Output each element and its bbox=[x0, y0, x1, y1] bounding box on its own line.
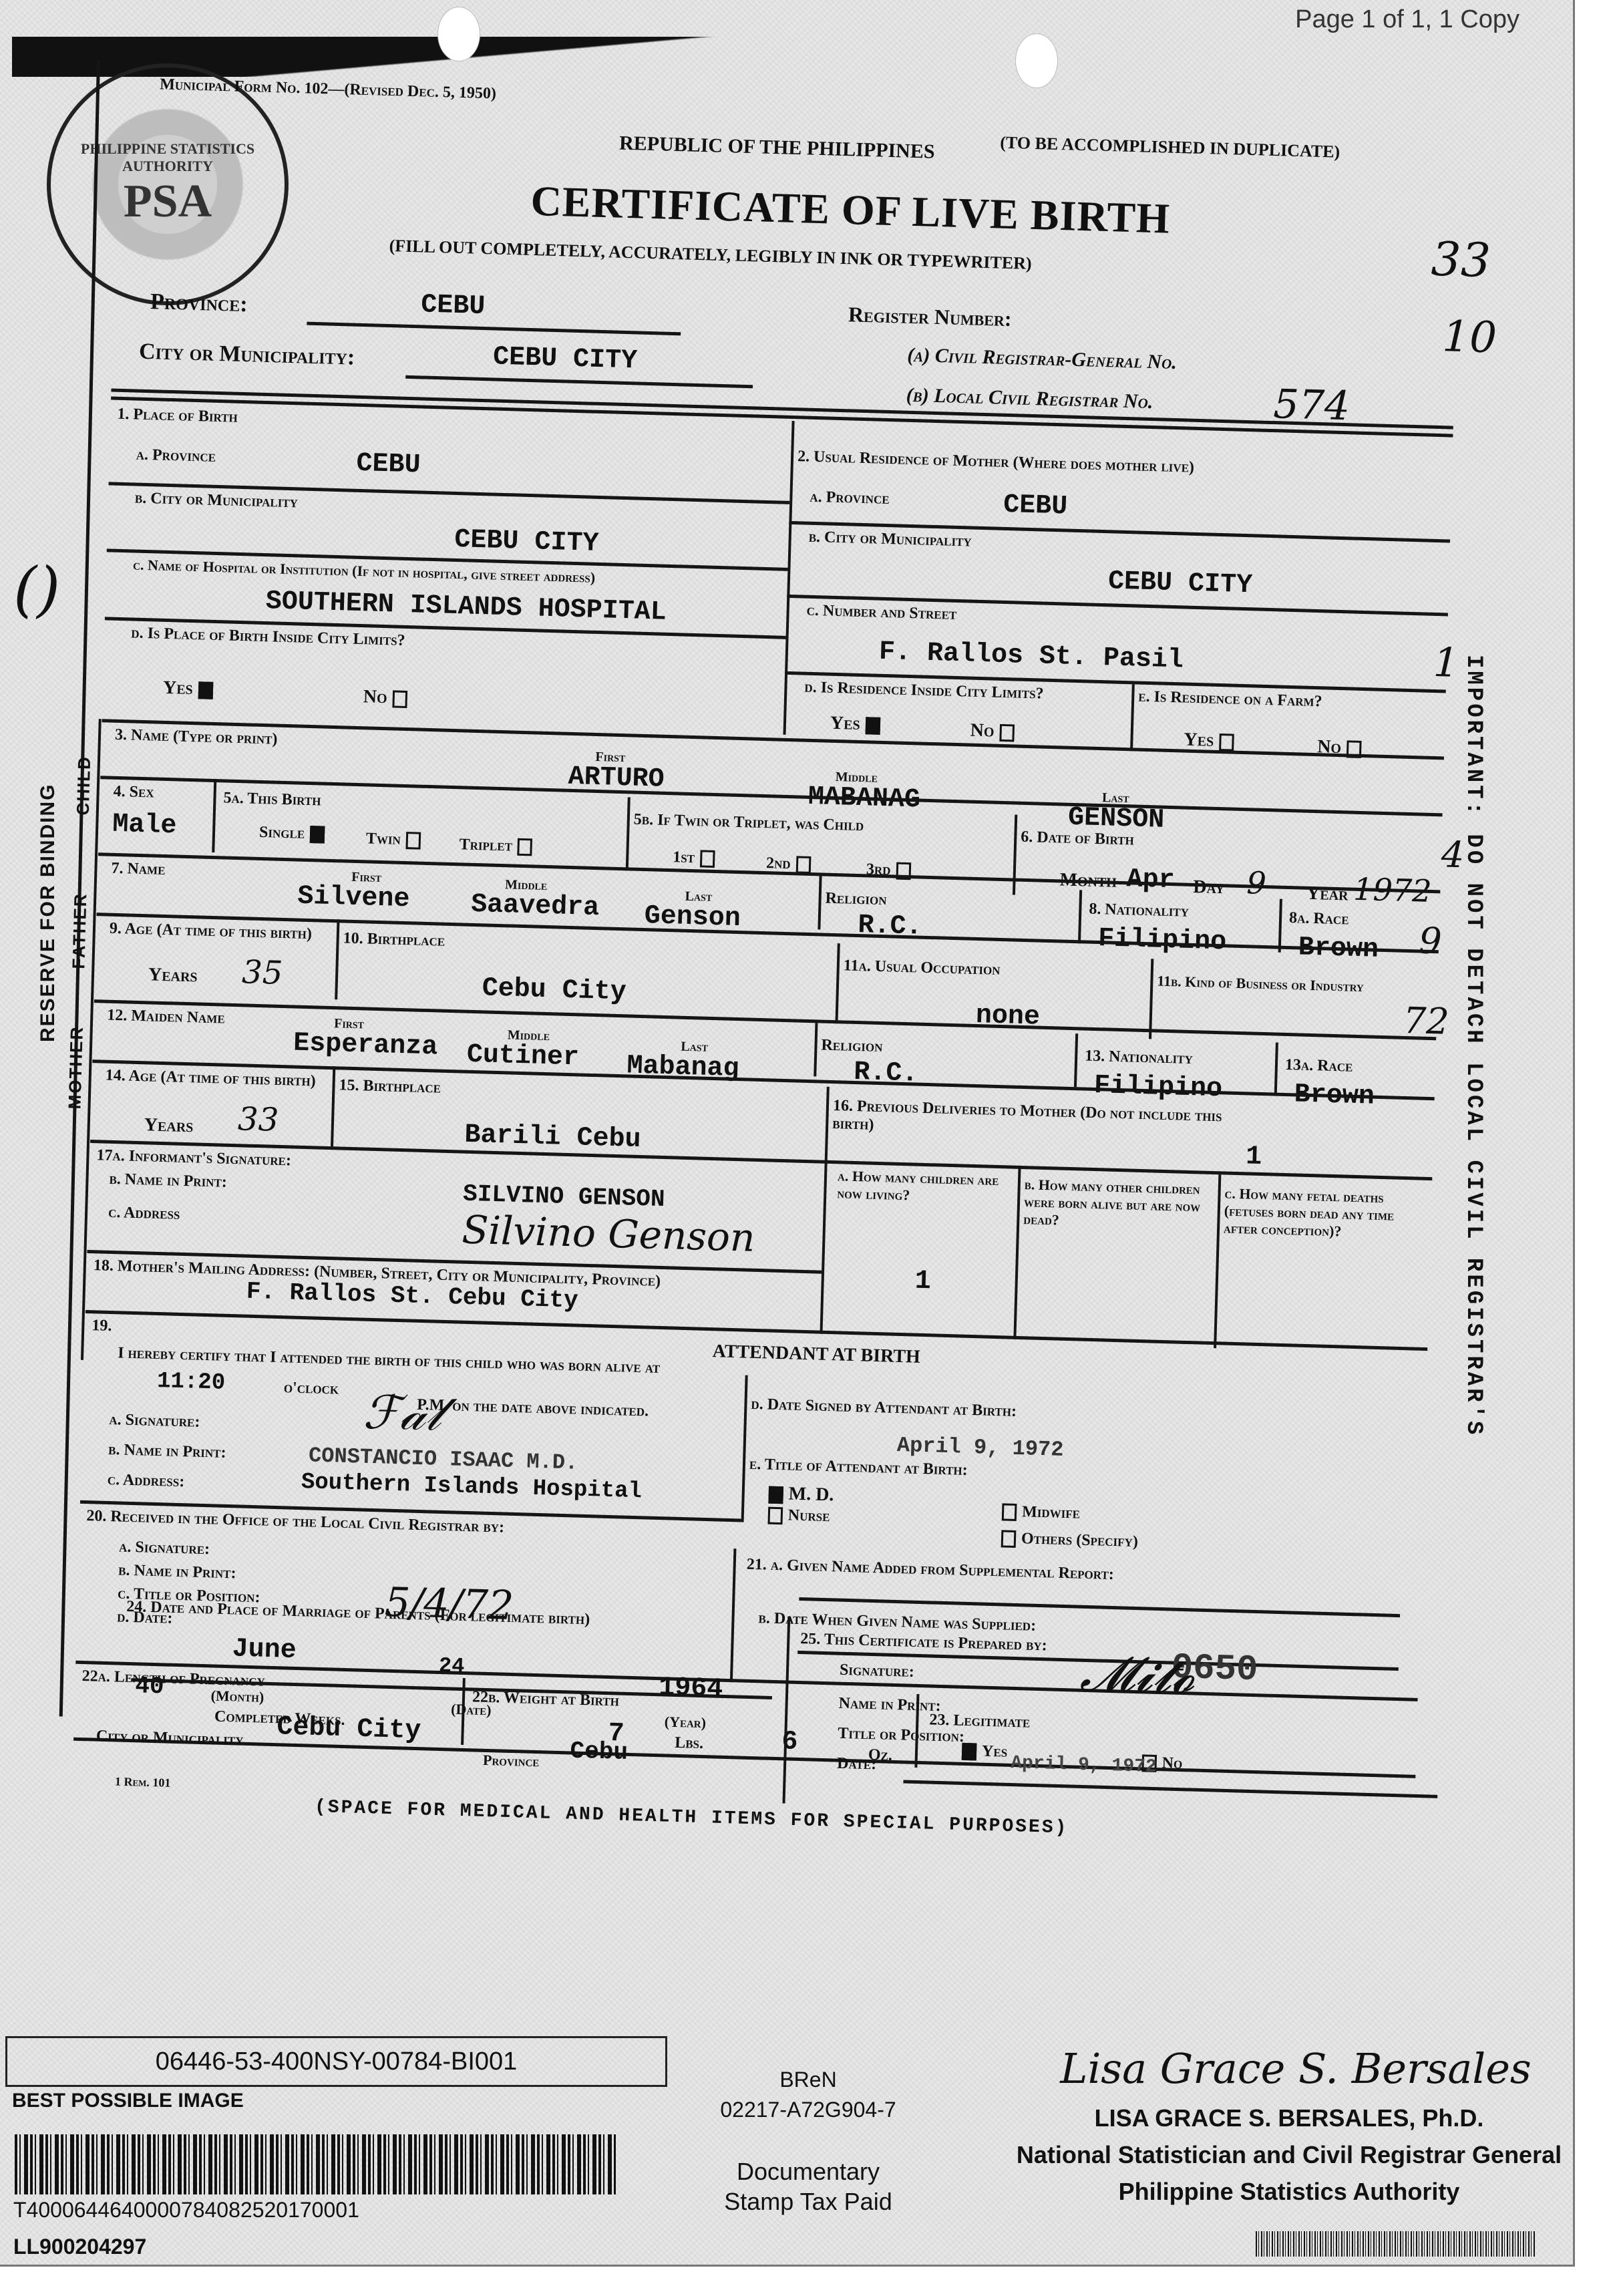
pob-hospital-value: SOUTHERN ISLANDS HOSPITAL bbox=[265, 587, 667, 628]
attendant-time-suffix: P.M. on the date above indicated. bbox=[417, 1396, 649, 1421]
serial-number: LL900204297 bbox=[13, 2235, 146, 2259]
handwritten-page-number: 33 bbox=[1431, 232, 1491, 288]
bren-value: 02217-A72G904-7 bbox=[668, 2098, 948, 2122]
mother-age-label: 14. Age (At time of this birth) bbox=[105, 1067, 316, 1091]
document-code-box: 06446-53-400NSY-00784-BI001 bbox=[5, 2036, 667, 2087]
res-on-farm-label: e. Is Residence on a Farm? bbox=[1138, 688, 1322, 711]
mother-born-alive-dead-label: b. How many other children were born ali… bbox=[1023, 1176, 1212, 1233]
father-occupation-label: 11a. Usual Occupation bbox=[843, 957, 1000, 979]
child-sex-label: 4. Sex bbox=[113, 783, 154, 802]
father-birthplace-label: 10. Birthplace bbox=[343, 930, 445, 951]
checkbox-yes[interactable] bbox=[1219, 733, 1234, 752]
marriage-day-value: 24 bbox=[439, 1653, 465, 1679]
checkbox-no[interactable] bbox=[999, 723, 1015, 742]
mother-fetal-deaths-label: c. How many fetal deaths (fetuses born d… bbox=[1224, 1185, 1412, 1243]
marriage-city-value: Cebu City bbox=[277, 1712, 421, 1746]
stamp-tax-line1: Documentary bbox=[668, 2158, 948, 2186]
mother-birthplace-label: 15. Birthplace bbox=[339, 1076, 441, 1097]
father-margin-mark-a: 9 bbox=[1418, 919, 1442, 962]
birth-certificate-form-lower: 24. Date and Place of Marriage of Parent… bbox=[71, 1590, 1462, 1929]
document-code: 06446-53-400NSY-00784-BI001 bbox=[156, 2047, 518, 2076]
certificate-subtitle: (FILL OUT COMPLETELY, ACCURATELY, LEGIBL… bbox=[389, 236, 1032, 274]
mother-living-label: a. How many children are now living? bbox=[837, 1167, 1011, 1206]
child-type-twin[interactable]: Twin bbox=[366, 830, 421, 850]
certificate-sheet: Page 1 of 1, 1 Copy PHILIPPINE STATISTIC… bbox=[0, 0, 1575, 2267]
child-dob-day-label: Day bbox=[1193, 876, 1225, 898]
child-type-label: 5a. This Birth bbox=[223, 789, 321, 810]
form-footer-code: 1 Rem. 101 bbox=[115, 1775, 171, 1790]
marriage-day-label: (Date) bbox=[451, 1701, 492, 1719]
province-label: Province: bbox=[150, 289, 248, 317]
attendant-date-signed-label: d. Date Signed by Attendant at Birth: bbox=[751, 1396, 1017, 1421]
father-first-value: Silvene bbox=[297, 882, 410, 915]
attendant-title-midwife[interactable]: Midwife bbox=[1002, 1502, 1081, 1523]
child-type-single[interactable]: Single bbox=[259, 824, 325, 844]
section-father: FATHER bbox=[68, 892, 91, 969]
signatory-signature: Lisa Grace S. Bersales bbox=[1029, 2044, 1563, 2093]
checkbox-single[interactable] bbox=[310, 826, 325, 844]
registrar-signature-label: a. Signature: bbox=[119, 1538, 210, 1559]
signatory-title: National Statistician and Civil Registra… bbox=[1002, 2141, 1576, 2169]
detach-notice: IMPORTANT: DO NOT DETACH LOCAL CIVIL REG… bbox=[1461, 655, 1486, 1437]
mother-age-value: 33 bbox=[237, 1100, 279, 1139]
checkbox-no[interactable] bbox=[392, 690, 407, 708]
father-middle-value: Saavedra bbox=[471, 890, 600, 923]
res-street-value: F. Rallos St. Pasil bbox=[878, 637, 1184, 676]
father-business-label: 11b. Kind of Business or Industry bbox=[1157, 973, 1364, 996]
child-order-label: 5b. If Twin or Triplet, was Child bbox=[633, 811, 864, 836]
section-mother: MOTHER bbox=[64, 1025, 87, 1109]
res-farm-yes[interactable]: Yes bbox=[1184, 729, 1234, 752]
signatory-name: LISA GRACE S. BERSALES, Ph.D. bbox=[1015, 2104, 1563, 2132]
father-race-label: 8a. Race bbox=[1289, 909, 1349, 929]
child-dob-label: 6. Date of Birth bbox=[1021, 828, 1134, 850]
attendant-signature-label: a. Signature: bbox=[109, 1411, 200, 1432]
child-dob-month-value: Apr bbox=[1126, 864, 1175, 896]
res-inside-yes[interactable]: Yes bbox=[830, 713, 881, 735]
page-indicator: Page 1 of 1, 1 Copy bbox=[1295, 5, 1519, 34]
attendant-title-others[interactable]: Others (Specify) bbox=[1001, 1529, 1139, 1551]
prepared-signature-label: Signature: bbox=[840, 1661, 914, 1681]
pob-inside-city-yes[interactable]: Yes bbox=[163, 677, 214, 700]
res-inside-city-label: d. Is Residence Inside City Limits? bbox=[804, 679, 1044, 703]
attendant-oclock: o'clock bbox=[284, 1379, 339, 1398]
prepared-by-label: 25. This Certificate is Prepared by: bbox=[800, 1630, 1047, 1655]
marriage-month-value: June bbox=[232, 1634, 297, 1666]
res-margin-mark: 1 bbox=[1433, 639, 1459, 687]
section-child: CHILD bbox=[73, 756, 95, 816]
child-name-label: 3. Name (Type or print) bbox=[115, 726, 278, 749]
margin-handwritten-mark: () bbox=[13, 554, 60, 625]
father-religion-label: Religion bbox=[825, 890, 887, 910]
marriage-province-label: Province bbox=[483, 1752, 540, 1770]
checkbox-yes[interactable] bbox=[198, 681, 213, 699]
mother-religion-label: Religion bbox=[821, 1037, 883, 1057]
stamp-tax-line2: Stamp Tax Paid bbox=[668, 2188, 948, 2216]
attendant-name-label: b. Name in Print: bbox=[108, 1441, 226, 1462]
barcode bbox=[15, 2134, 616, 2194]
marriage-year-value: 1964 bbox=[659, 1673, 723, 1705]
birth-certificate-form: Municipal Form No. 102—(Revised Dec. 5, … bbox=[33, 67, 1462, 1808]
mother-living-value: 1 bbox=[914, 1267, 931, 1297]
attendant-address-value: Southern Islands Hospital bbox=[301, 1470, 642, 1504]
informant-address-label: c. Address bbox=[108, 1204, 180, 1224]
pob-province-value: CEBU bbox=[356, 449, 421, 481]
checkbox-twin[interactable] bbox=[405, 832, 421, 850]
register-number-value: 10 bbox=[1441, 312, 1497, 363]
res-province-value: CEBU bbox=[1003, 490, 1068, 522]
child-order-1st[interactable]: 1st bbox=[673, 848, 715, 868]
mother-nationality-label: 13. Nationality bbox=[1085, 1047, 1193, 1069]
mother-first-value: Esperanza bbox=[293, 1028, 438, 1062]
security-barcode bbox=[1256, 2231, 1536, 2257]
attendant-title-nurse[interactable]: Nurse bbox=[767, 1506, 830, 1526]
mother-birthplace-value: Barili Cebu bbox=[464, 1120, 641, 1155]
prepared-name-label: Name in Print: bbox=[838, 1695, 941, 1715]
marriage-province-value: Cebu bbox=[570, 1738, 629, 1766]
prepared-signature: 𝓜𝓲𝓽𝓸 bbox=[1079, 1645, 1196, 1706]
republic-heading: REPUBLIC OF THE PHILIPPINES bbox=[619, 132, 935, 164]
mother-years-label: Years bbox=[144, 1114, 193, 1137]
punch-hole bbox=[437, 7, 480, 61]
mother-race-label: 13a. Race bbox=[1285, 1056, 1353, 1076]
attendant-time-value: 11:20 bbox=[157, 1369, 226, 1396]
child-dob-day-value: 9 bbox=[1246, 864, 1267, 901]
city-label: City or Municipality: bbox=[139, 339, 355, 371]
marriage-city-label: City or Municipality bbox=[96, 1728, 244, 1750]
attendant-date-signed-value: April 9, 1972 bbox=[896, 1433, 1064, 1462]
father-years-label: Years bbox=[148, 964, 198, 987]
pob-province-label: a. Province bbox=[136, 446, 216, 466]
prepared-date-label: Date: bbox=[837, 1755, 877, 1774]
best-possible-image-label: BEST POSSIBLE IMAGE bbox=[12, 2090, 244, 2112]
checkbox-nurse[interactable] bbox=[767, 1507, 783, 1525]
city-value: CEBU CITY bbox=[492, 342, 637, 376]
father-age-value: 35 bbox=[241, 953, 283, 992]
father-nationality-label: 8. Nationality bbox=[1089, 900, 1189, 921]
father-birthplace-value: Cebu City bbox=[482, 973, 627, 1007]
father-name-label: 7. Name bbox=[111, 860, 166, 879]
mother-name-label: 12. Maiden Name bbox=[107, 1007, 225, 1028]
child-margin-mark: 4 bbox=[1441, 833, 1465, 876]
pob-city-value: CEBU CITY bbox=[454, 525, 599, 559]
civil-registrar-general-label: (a) Civil Registrar-General No. bbox=[907, 344, 1177, 374]
local-civil-registrar-label: (b) Local Civil Registrar No. bbox=[906, 384, 1153, 414]
medical-space-note: (SPACE FOR MEDICAL AND HEALTH ITEMS FOR … bbox=[315, 1797, 1069, 1839]
attendant-address-label: c. Address: bbox=[108, 1471, 185, 1491]
checkbox-1st[interactable] bbox=[700, 850, 715, 868]
certificate-title: CERTIFICATE OF LIVE BIRTH bbox=[530, 176, 1171, 244]
checkbox-triplet[interactable] bbox=[518, 838, 533, 856]
pob-inside-city-no[interactable]: No bbox=[363, 686, 407, 709]
informant-name-label: b. Name in Print: bbox=[109, 1170, 227, 1192]
child-type-triplet[interactable]: Triplet bbox=[459, 836, 532, 856]
form-number: Municipal Form No. 102—(Revised Dec. 5, … bbox=[160, 75, 496, 103]
marriage-year-label: (Year) bbox=[664, 1713, 706, 1732]
mother-previous-deliveries-label: 16. Previous Deliveries to Mother (Do no… bbox=[832, 1097, 1247, 1144]
place-of-birth-section: 1. Place of Birth bbox=[117, 405, 238, 427]
province-value: CEBU bbox=[421, 290, 486, 322]
res-inside-no[interactable]: No bbox=[970, 720, 1015, 743]
res-city-label: b. City or Municipality bbox=[808, 528, 972, 551]
pob-city-label: b. City or Municipality bbox=[135, 490, 299, 512]
marriage-section-label: 24. Date and Place of Marriage of Parent… bbox=[126, 1598, 590, 1629]
res-city-value: CEBU CITY bbox=[1107, 566, 1252, 601]
informant-signature: Silvino Genson bbox=[462, 1207, 756, 1261]
signatory-org: Philippine Statistics Authority bbox=[1015, 2178, 1563, 2206]
pob-inside-city-label: d. Is Place of Birth Inside City Limits? bbox=[131, 624, 405, 649]
res-street-label: c. Number and Street bbox=[806, 602, 956, 624]
barcode-text: T4000644640000784082520170001 bbox=[13, 2198, 359, 2223]
child-sex-value: Male bbox=[112, 810, 177, 842]
informant-signature-label: 17a. Informant's Signature: bbox=[96, 1146, 291, 1170]
register-number-label: Register Number: bbox=[848, 302, 1013, 331]
bren-label: BReN bbox=[668, 2068, 948, 2092]
checkbox-others[interactable] bbox=[1001, 1530, 1017, 1548]
mother-middle-value: Cutiner bbox=[466, 1040, 579, 1074]
prepared-date-value: April 9, 1972 bbox=[1011, 1753, 1157, 1778]
attendant-title-md[interactable]: M. D. bbox=[768, 1483, 834, 1506]
attendant-section-number: 19. bbox=[92, 1317, 112, 1335]
checkbox-yes[interactable] bbox=[865, 717, 880, 735]
checkbox-midwife[interactable] bbox=[1002, 1504, 1017, 1522]
marriage-month-label: (Month) bbox=[210, 1687, 264, 1706]
checkbox-md[interactable] bbox=[768, 1486, 783, 1504]
attendant-title-label: e. Title of Attendant at Birth: bbox=[749, 1456, 968, 1480]
res-province-label: a. Province bbox=[810, 488, 890, 508]
residence-section: 2. Usual Residence of Mother (Where does… bbox=[797, 448, 1195, 477]
accomplish-note: (TO BE ACCOMPLISHED IN DUPLICATE) bbox=[1000, 133, 1340, 162]
father-age-label: 9. Age (At time of this birth) bbox=[110, 920, 313, 943]
registrar-name-label: b. Name in Print: bbox=[118, 1561, 236, 1583]
prepared-title-label: Title or Position: bbox=[838, 1725, 964, 1746]
mother-previous-deliveries-value: 1 bbox=[1245, 1142, 1262, 1172]
attendant-signature: ℱ𝒶𝓁 bbox=[363, 1385, 442, 1442]
supplemental-given-name-label: 21. a. Given Name Added from Supplementa… bbox=[746, 1556, 1114, 1584]
punch-hole bbox=[1015, 33, 1058, 88]
